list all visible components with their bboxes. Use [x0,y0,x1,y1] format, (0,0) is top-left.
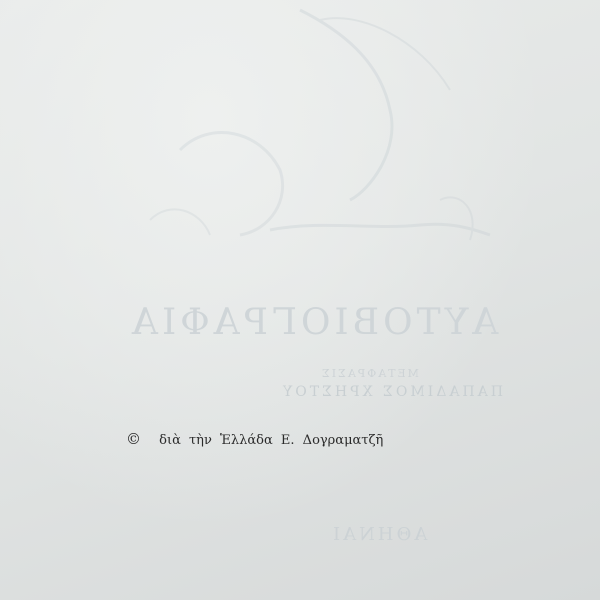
copyright-notice: © διὰ τὴν Ἑλλάδα Ε. Δογραματζῆ [126,430,383,448]
bleed-through-title: ΑΥΤΟΒΙΟΓΡΑΦΙΑ [128,302,498,343]
bleed-through-subtitle-small: ΜΕΤΑΦΡΑΣΙΣ [320,367,419,380]
book-page: ΑΥΤΟΒΙΟΓΡΑΦΙΑ ΜΕΤΑΦΡΑΣΙΣ ΠΑΠΑΔΙΜΟΣ ΧΡΗΣΤ… [0,0,600,600]
copyright-icon: © [126,430,141,448]
bleed-through-illustration-icon [120,0,500,270]
bleed-through-place: ΑΘΗΝΑΙ [330,524,427,545]
bleed-through-subtitle: ΠΑΠΑΔΙΜΟΣ ΧΡΗΣΤΟΥ [280,384,503,400]
copyright-text: διὰ τὴν Ἑλλάδα Ε. Δογραματζῆ [159,433,383,448]
